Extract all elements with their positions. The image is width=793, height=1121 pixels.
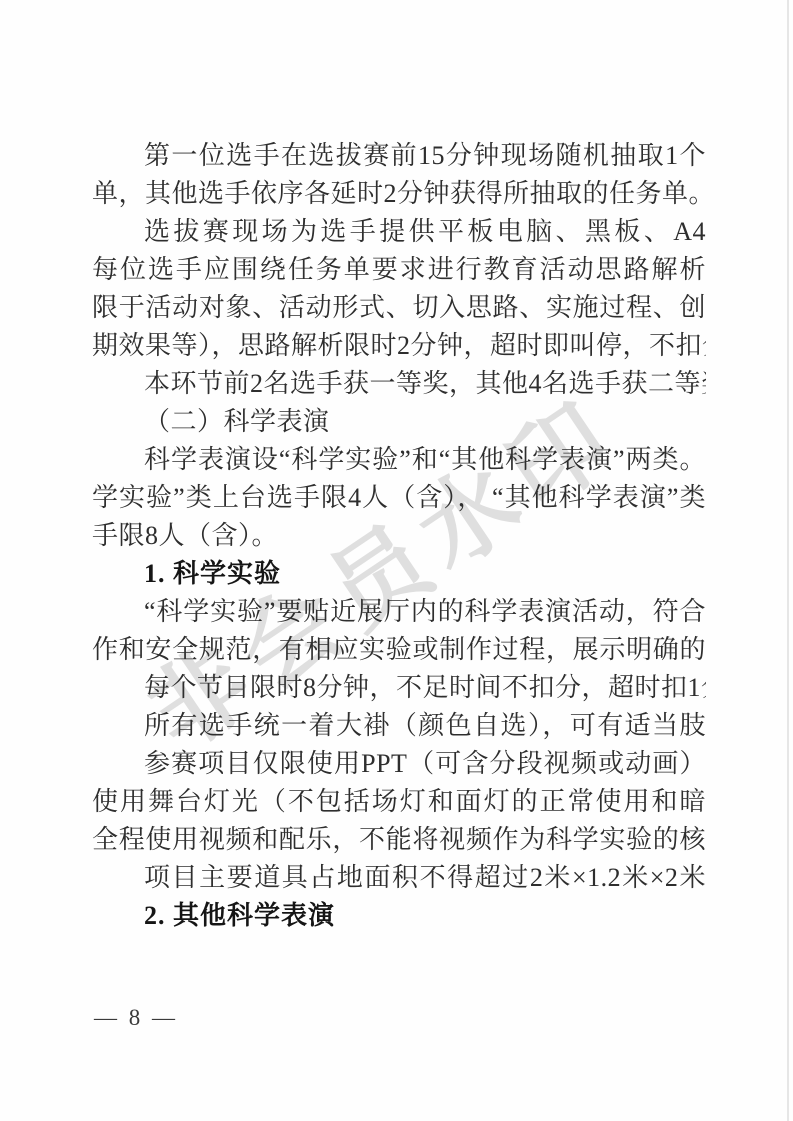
body-text-line: 使用舞台灯光（不包括场灯和面灯的正常使用和暗场），不能 xyxy=(92,783,706,821)
page-number: — 8 — xyxy=(94,1004,178,1032)
body-text-line: 科学表演设“科学实验”和“其他科学表演”两类。 “科 xyxy=(92,441,706,479)
body-text-line: 手限8人（含）。 xyxy=(92,517,706,555)
body-text-line: 期效果等），思路解析限时2分钟，超时即叫停，不扣分。 xyxy=(92,327,706,365)
scan-edge-shadow xyxy=(787,0,789,1121)
document-body: 第一位选手在选拔赛前15分钟现场随机抽取1个主题任务 单，其他选手依序各延时2分… xyxy=(92,137,706,935)
body-text-line: 每位选手应围绕任务单要求进行教育活动思路解析（包含但不 xyxy=(92,251,706,289)
body-text-line: 学实验”类上台选手限4人（含）， “其他科学表演”类上台选 xyxy=(92,479,706,517)
body-text-line: 第一位选手在选拔赛前15分钟现场随机抽取1个主题任务 xyxy=(92,137,706,175)
body-text-line: 作和安全规范，有相应实验或制作过程，展示明确的科学原理。 xyxy=(92,631,706,669)
body-text-line: 项目主要道具占地面积不得超过2米×1.2米×2米的范围。 xyxy=(92,859,706,897)
scanned-document-page: 非会员水印 第一位选手在选拔赛前15分钟现场随机抽取1个主题任务 单，其他选手依… xyxy=(0,0,793,1121)
body-text-line: 单，其他选手依序各延时2分钟获得所抽取的任务单。 xyxy=(92,175,706,213)
body-text-line: 选拔赛现场为选手提供平板电脑、黑板、A4纸、笔等材料。 xyxy=(92,213,706,251)
body-text-line: “科学实验”要贴近展厅内的科学表演活动，符合展厅操 xyxy=(92,593,706,631)
body-text-line: 所有选手统一着大褂（颜色自选），可有适当肢体动作表演。 xyxy=(92,707,706,745)
body-text-line: 每个节目限时8分钟，不足时间不扣分，超时扣1分。 xyxy=(92,669,706,707)
body-text-line: 限于活动对象、活动形式、切入思路、实施过程、创新点及预 xyxy=(92,289,706,327)
body-text-line: 全程使用视频和配乐，不能将视频作为科学实验的核心内容。 xyxy=(92,821,706,859)
body-text-line: 参赛项目仅限使用PPT（可含分段视频或动画）辅助，不能 xyxy=(92,745,706,783)
body-text-line: 本环节前2名选手获一等奖，其他4名选手获二等奖。 xyxy=(92,365,706,403)
section-heading-science-performance: （二）科学表演 xyxy=(92,403,706,441)
subsection-heading-science-experiment: 1. 科学实验 xyxy=(92,555,706,593)
subsection-heading-other-science-performance: 2. 其他科学表演 xyxy=(92,897,706,935)
